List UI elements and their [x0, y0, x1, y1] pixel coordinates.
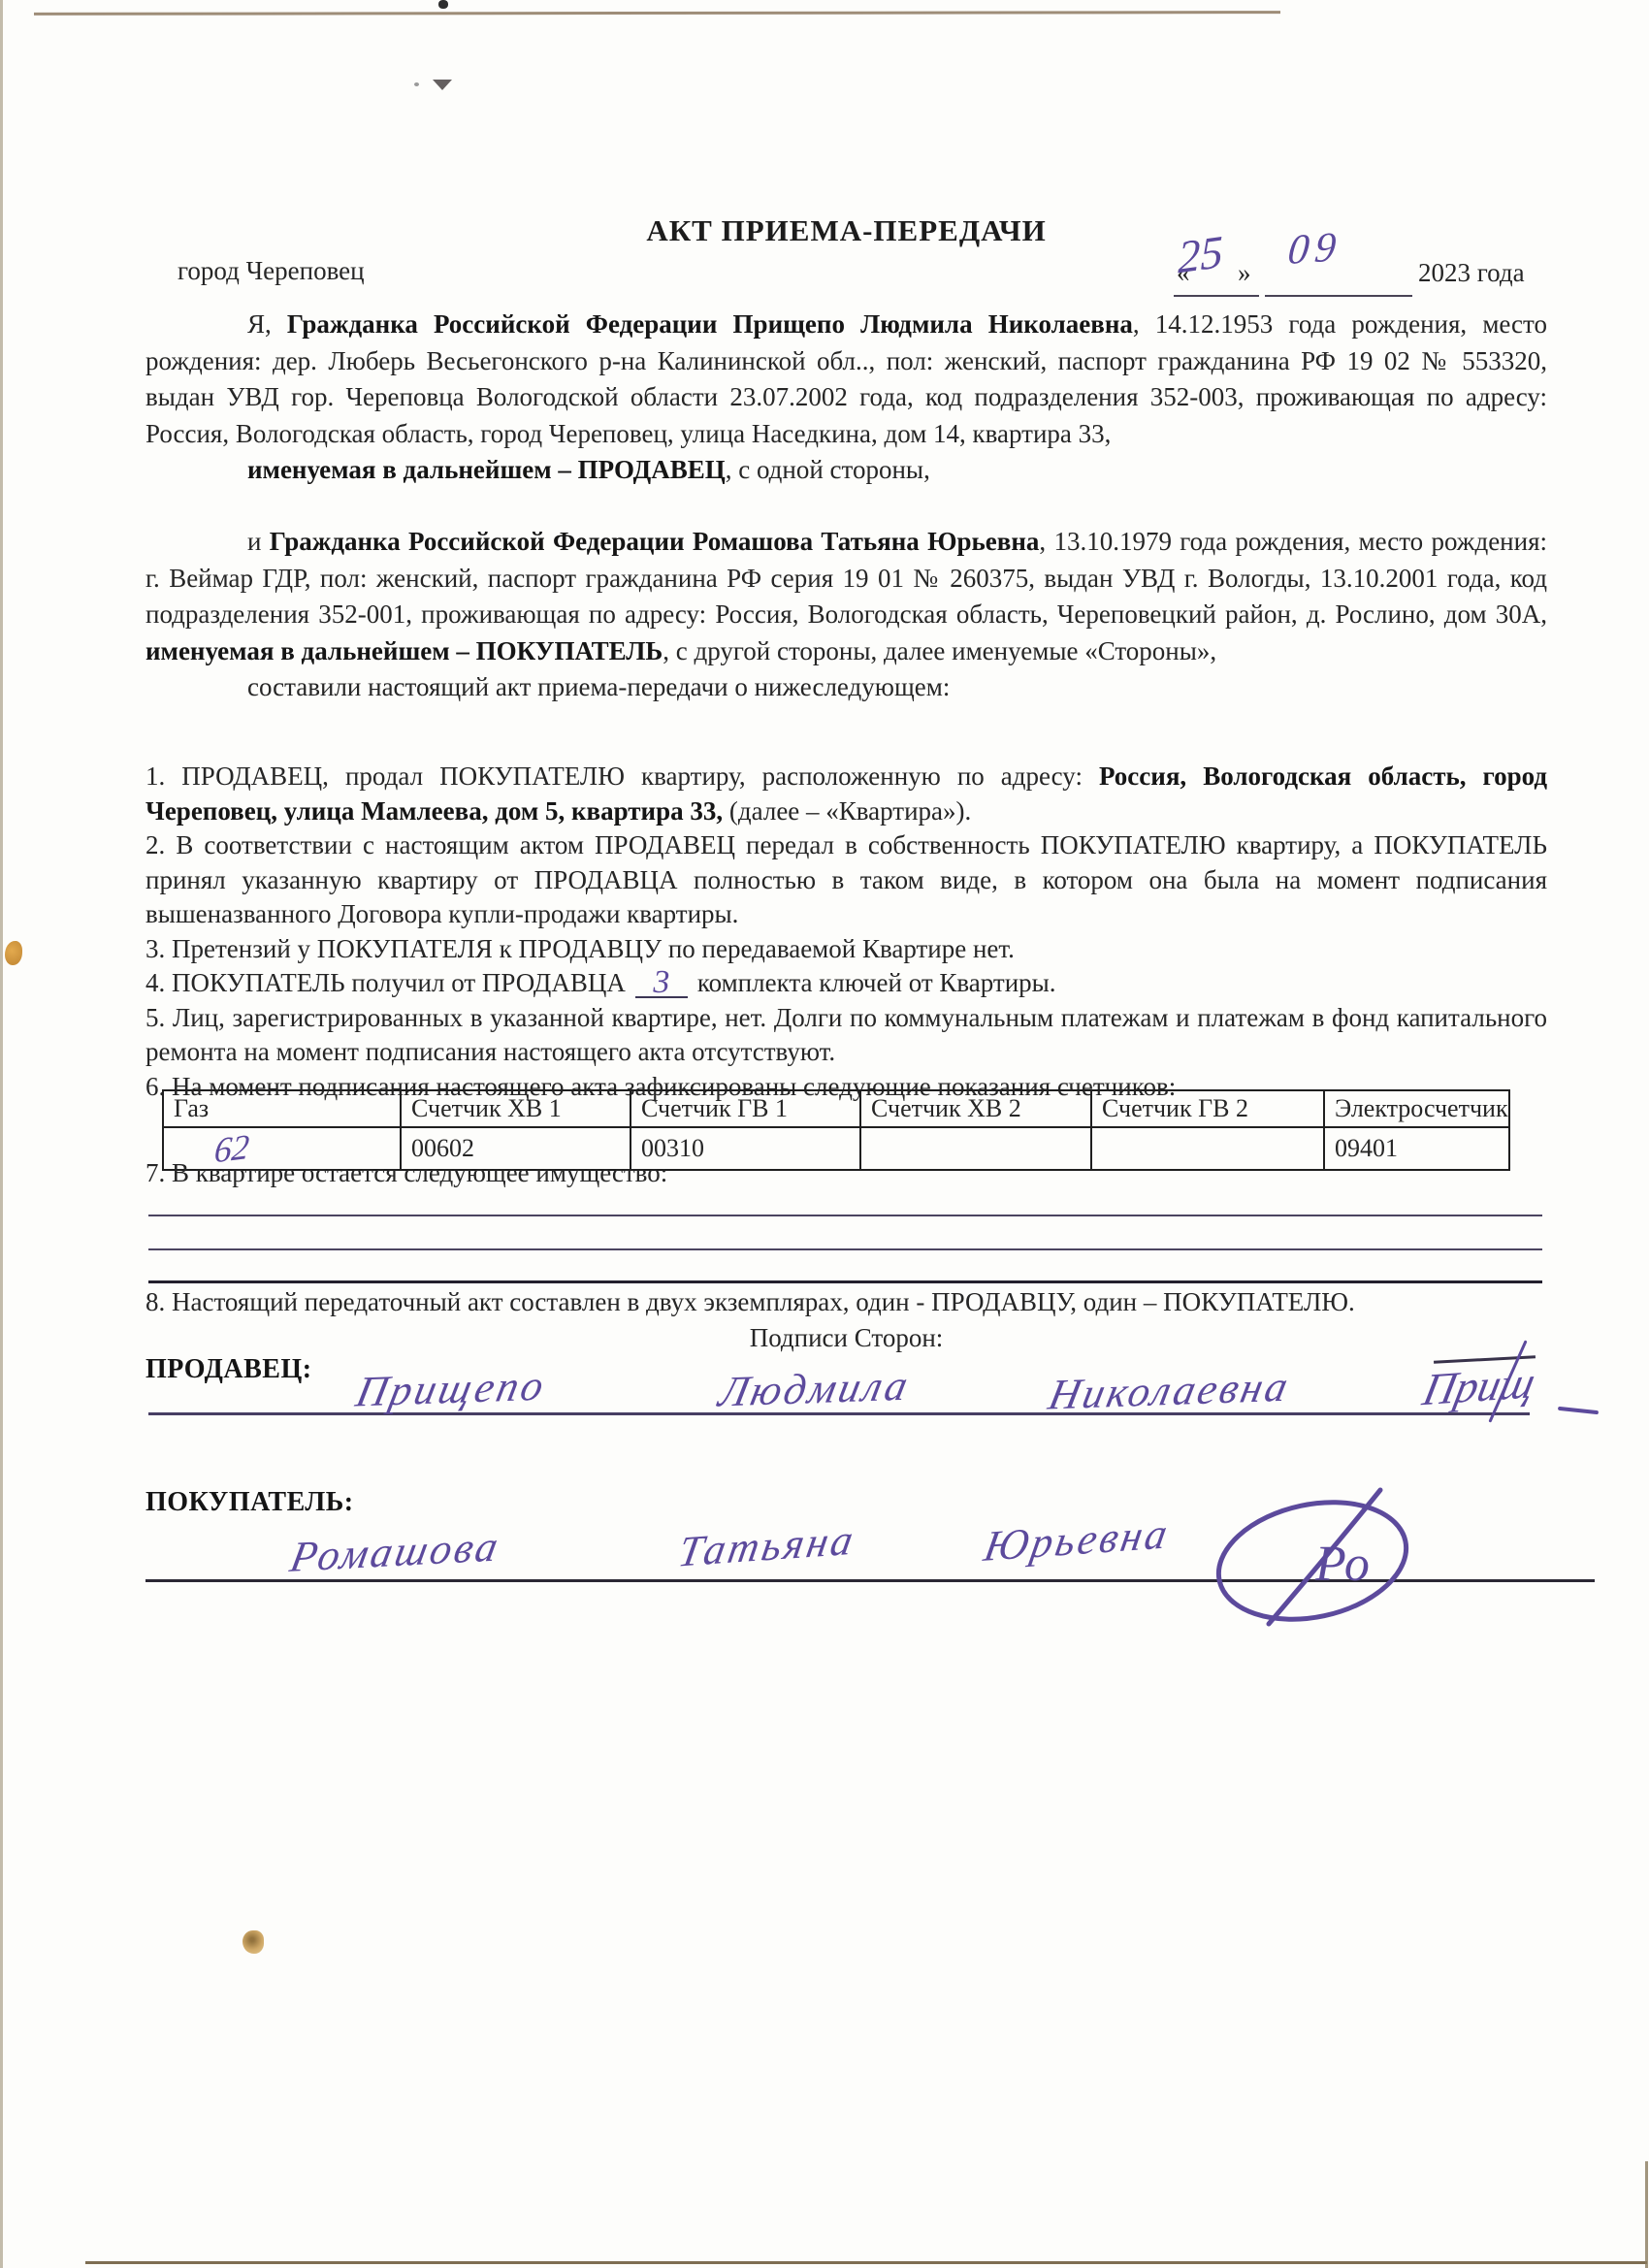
seller-intro-paragraph: Я, Гражданка Российской Федерации Прищеп…: [145, 307, 1547, 489]
item-5: 5. Лиц, зарегистрированных в указанной к…: [145, 1001, 1547, 1070]
header-gas: Газ: [163, 1090, 401, 1127]
scan-speck-small-artifact: [414, 82, 419, 86]
scan-bottom-line-artifact: [85, 2261, 1647, 2264]
item-8: 8. Настоящий передаточный акт составлен …: [145, 1287, 1547, 1317]
scan-speck-triangle-artifact: [433, 80, 452, 90]
scan-top-line-artifact: [34, 11, 1280, 16]
tan-stain-artifact: [242, 1930, 264, 1954]
orange-stain-artifact: [5, 941, 22, 965]
scan-left-edge-artifact: [0, 0, 3, 2268]
seller-label: ПРОДАВЕЦ:: [145, 1354, 312, 1385]
seller-role-line: именуемая в дальнейшем – ПРОДАВЕЦ, с одн…: [247, 452, 1547, 489]
item-4: 4. ПОКУПАТЕЛЬ получил от ПРОДАВЦА3компле…: [145, 966, 1547, 1001]
header-electric: Электросчетчик: [1324, 1090, 1509, 1127]
date-day-underline: [1174, 295, 1259, 297]
blank-line-3: [148, 1280, 1542, 1283]
blank-line-2: [148, 1248, 1542, 1250]
date-year: 2023 года: [1418, 258, 1525, 288]
buyer-role-bold: именуемая в дальнейшем – ПОКУПАТЕЛЬ: [145, 636, 663, 665]
seller-signature-word-3: Николаевна: [1045, 1361, 1296, 1419]
scan-right-edge-artifact: [1645, 2161, 1648, 2268]
handwritten-keys-count: 3: [635, 969, 688, 998]
handwritten-day: 25: [1178, 225, 1223, 284]
blank-line-1: [148, 1215, 1542, 1216]
header-cold-water-1: Счетчик ХВ 1: [401, 1090, 630, 1127]
act-items-list: 1. ПРОДАВЕЦ, продал ПОКУПАТЕЛЮ квартиру,…: [145, 760, 1547, 1104]
seller-signature-word-1: Прищепо: [352, 1360, 551, 1416]
header-hot-water-1: Счетчик ГВ 1: [630, 1090, 860, 1127]
seller-signature-word-2: Людмила: [715, 1360, 916, 1416]
seller-intro-text: Я, Гражданка Российской Федерации Прищеп…: [145, 307, 1547, 452]
item-1: 1. ПРОДАВЕЦ, продал ПОКУПАТЕЛЮ квартиру,…: [145, 760, 1547, 828]
buyer-label: ПОКУПАТЕЛЬ:: [145, 1487, 354, 1518]
date-close-quote: »: [1238, 258, 1251, 288]
seller-name-bold: Гражданка Российской Федерации Прищепо Л…: [287, 309, 1133, 339]
header-hot-water-2: Счетчик ГВ 2: [1091, 1090, 1324, 1127]
scan-speck-artifact: [438, 0, 448, 9]
signatures-heading: Подписи Сторон:: [145, 1323, 1547, 1353]
buyer-flourish-letters: Ро: [1314, 1537, 1370, 1592]
scanned-act-document: АКТ ПРИЕМА-ПЕРЕДАЧИ город Череповец « 25…: [0, 0, 1649, 2268]
item-7: 7. В квартире остается следующее имущест…: [145, 1158, 1547, 1188]
buyer-signature-word-2: Татьяна: [675, 1514, 860, 1576]
buyer-signature-word-1: Ромашова: [286, 1521, 504, 1582]
seller-flourish: Прищ: [1418, 1356, 1539, 1416]
seller-trailing-dash: [1558, 1407, 1599, 1414]
composed-line: составили настоящий акт приема-передачи …: [247, 669, 1547, 706]
handwritten-month: 09: [1285, 223, 1343, 275]
header-cold-water-2: Счетчик ХВ 2: [860, 1090, 1091, 1127]
item-3: 3. Претензий у ПОКУПАТЕЛЯ к ПРОДАВЦУ по …: [145, 932, 1547, 967]
item-2: 2. В соответствии с настоящим актом ПРОД…: [145, 828, 1547, 932]
buyer-signature-word-3: Юрьевна: [981, 1508, 1175, 1571]
buyer-intro-paragraph: и Гражданка Российской Федерации Ромашов…: [145, 524, 1547, 706]
date-month-underline: [1265, 295, 1412, 297]
city-line: город Череповец: [178, 256, 365, 286]
buyer-intro-text: и Гражданка Российской Федерации Ромашов…: [145, 524, 1547, 669]
buyer-name-bold: Гражданка Российской Федерации Ромашова …: [270, 527, 1040, 556]
buyer-flourish-oval: Ро: [1201, 1478, 1434, 1634]
meter-table-header-row: Газ Счетчик ХВ 1 Счетчик ГВ 1 Счетчик ХВ…: [163, 1090, 1509, 1127]
